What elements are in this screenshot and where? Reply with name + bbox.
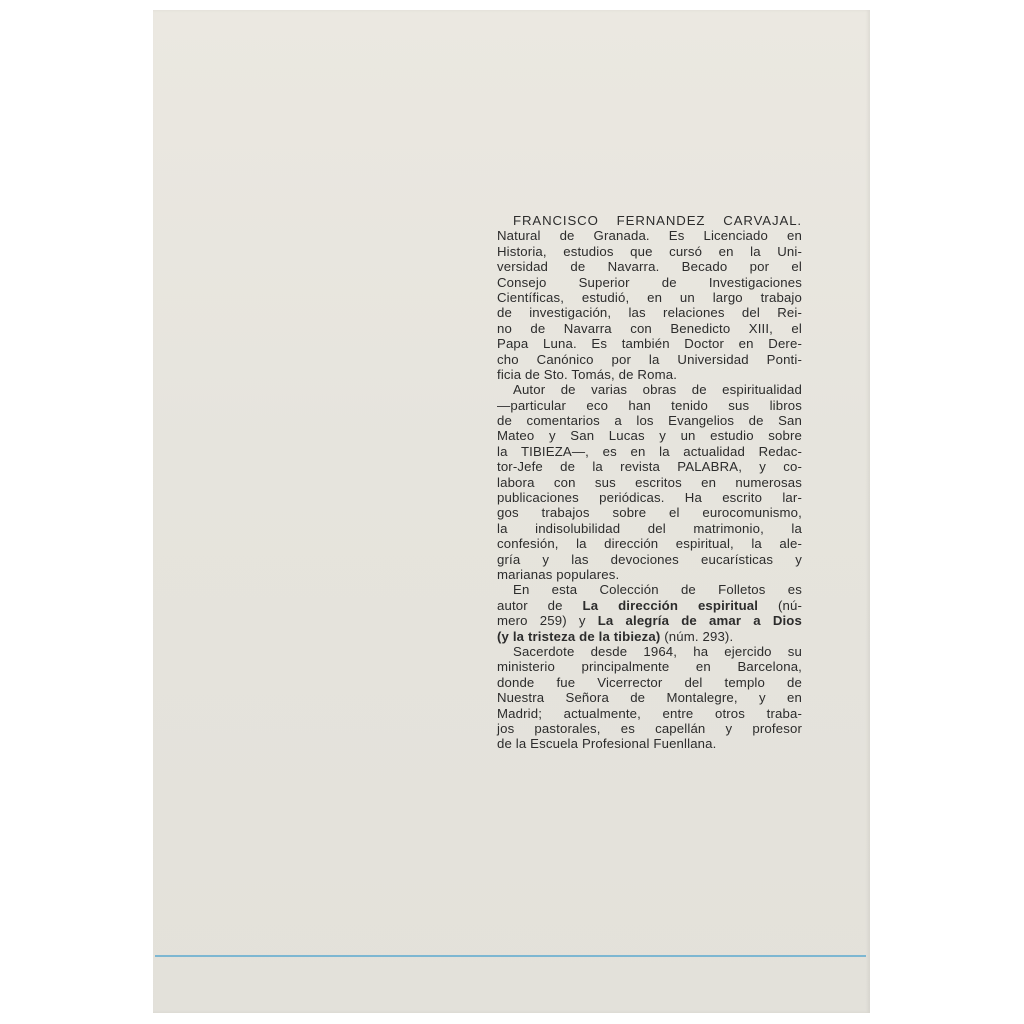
text-line: labora con sus escritos en numerosas bbox=[497, 475, 802, 490]
text-fragment: (nú- bbox=[758, 598, 802, 613]
text-line: autor de La dirección espiritual (nú- bbox=[497, 598, 802, 613]
text-line: publicaciones periódicas. Ha escrito lar… bbox=[497, 490, 802, 505]
text-fragment: autor de bbox=[497, 598, 583, 613]
book-title: La alegría de amar a Dios bbox=[598, 613, 802, 628]
text-line: de investigación, las relaciones del Rei… bbox=[497, 305, 802, 320]
author-name: FRANCISCO FERNANDEZ CARVAJAL. bbox=[497, 213, 802, 228]
text-line: confesión, la dirección espiritual, la a… bbox=[497, 536, 802, 551]
text-line: marianas populares. bbox=[497, 567, 802, 582]
text-line: ficia de Sto. Tomás, de Roma. bbox=[497, 367, 802, 382]
text-line: gos trabajos sobre el eurocomunismo, bbox=[497, 505, 802, 520]
text-line: versidad de Navarra. Becado por el bbox=[497, 259, 802, 274]
paragraph-background: Natural de Granada. Es Licenciado en His… bbox=[497, 228, 802, 382]
book-title: La dirección espiritual bbox=[583, 598, 759, 613]
text-line: En esta Colección de Folletos es bbox=[497, 582, 802, 597]
text-line: Científicas, estudió, en un largo trabaj… bbox=[497, 290, 802, 305]
text-line: Nuestra Señora de Montalegre, y en bbox=[497, 690, 802, 705]
text-line: Consejo Superior de Investigaciones bbox=[497, 275, 802, 290]
text-line: la TIBIEZA—, es en la actualidad Redac- bbox=[497, 444, 802, 459]
text-line: cho Canónico por la Universidad Ponti- bbox=[497, 352, 802, 367]
text-fragment: mero 259) y bbox=[497, 613, 598, 628]
book-page: FRANCISCO FERNANDEZ CARVAJAL. Natural de… bbox=[153, 10, 870, 1013]
text-line: ministerio principalmente en Barcelona, bbox=[497, 659, 802, 674]
text-line: no de Navarra con Benedicto XIII, el bbox=[497, 321, 802, 336]
text-line: mero 259) y La alegría de amar a Dios bbox=[497, 613, 802, 628]
book-subtitle: (y la tristeza de la tibieza) bbox=[497, 629, 660, 644]
text-line: Mateo y San Lucas y un estudio sobre bbox=[497, 428, 802, 443]
text-line: Sacerdote desde 1964, ha ejercido su bbox=[497, 644, 802, 659]
text-line: donde fue Vicerrector del templo de bbox=[497, 675, 802, 690]
blue-rule-divider bbox=[155, 955, 866, 957]
text-line: —particular eco han tenido sus libros bbox=[497, 398, 802, 413]
text-line: tor-Jefe de la revista PALABRA, y co- bbox=[497, 459, 802, 474]
text-line: Natural de Granada. Es Licenciado en bbox=[497, 228, 802, 243]
text-line: Historia, estudios que cursó en la Uni- bbox=[497, 244, 802, 259]
text-line: de la Escuela Profesional Fuenllana. bbox=[497, 736, 802, 751]
text-line: Madrid; actualmente, entre otros traba- bbox=[497, 706, 802, 721]
text-line: la indisolubilidad del matrimonio, la bbox=[497, 521, 802, 536]
paragraph-works: Autor de varias obras de espiritualidad … bbox=[497, 382, 802, 582]
paragraph-collection: En esta Colección de Folletos es autor d… bbox=[497, 582, 802, 644]
text-fragment: (núm. 293). bbox=[660, 629, 733, 644]
text-line: (y la tristeza de la tibieza) (núm. 293)… bbox=[497, 629, 802, 644]
paragraph-ministry: Sacerdote desde 1964, ha ejercido su min… bbox=[497, 644, 802, 752]
text-line: Autor de varias obras de espiritualidad bbox=[497, 382, 802, 397]
text-line: jos pastorales, es capellán y profesor bbox=[497, 721, 802, 736]
author-biography: FRANCISCO FERNANDEZ CARVAJAL. Natural de… bbox=[497, 213, 802, 752]
text-line: gría y las devociones eucarísticas y bbox=[497, 552, 802, 567]
text-line: de comentarios a los Evangelios de San bbox=[497, 413, 802, 428]
text-line: Papa Luna. Es también Doctor en Dere- bbox=[497, 336, 802, 351]
